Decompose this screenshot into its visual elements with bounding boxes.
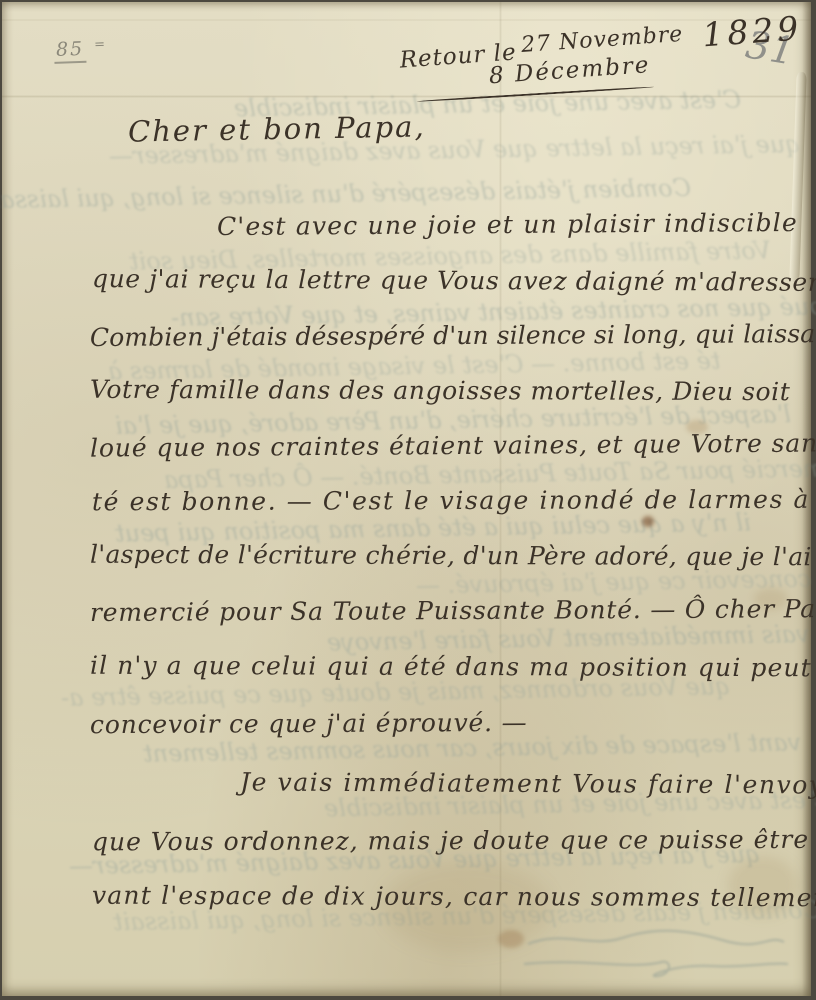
letter-line-7: l'aspect de l'écriture chérie, d'un Père… [90,540,812,572]
letter-line-6: té est bonne. — C'est le visage inondé d… [92,485,810,517]
letter-line-3: Combien j'étais désespéré d'un silence s… [90,319,816,352]
letter-line-1: C'est avec une joie et un plaisir indisc… [217,208,798,241]
letter-line-4: Votre famille dans des angoisses mortell… [90,375,791,406]
letter-line-8: remercié pour Sa Toute Puissante Bonté. … [90,594,816,627]
letter-line-13: vant l'espace de dix jours, car nous som… [92,881,816,913]
letter-line-5: loué que nos craintes étaient vaines, et… [90,428,816,462]
paper-sheet: C'est avec une joie et un plaisir indisc… [2,2,811,996]
scanned-letter-page: C'est avec une joie et un plaisir indisc… [0,0,816,1000]
letter-line-2: que j'ai reçu la lettre que Vous avez da… [92,264,816,297]
bleedthrough-signature [522,918,792,988]
letter-line-10: concevoir ce que j'ai éprouvé. — [90,708,528,739]
letter-body: C'est avec une joie et un plaisir indisc… [2,2,811,996]
letter-line-9: il n'y a que celui qui a été dans ma pos… [90,651,812,683]
letter-line-12: que Vous ordonnez, mais je doute que ce … [92,825,816,857]
letter-line-11: Je vais immédiatement Vous faire l'envoy… [240,767,816,799]
